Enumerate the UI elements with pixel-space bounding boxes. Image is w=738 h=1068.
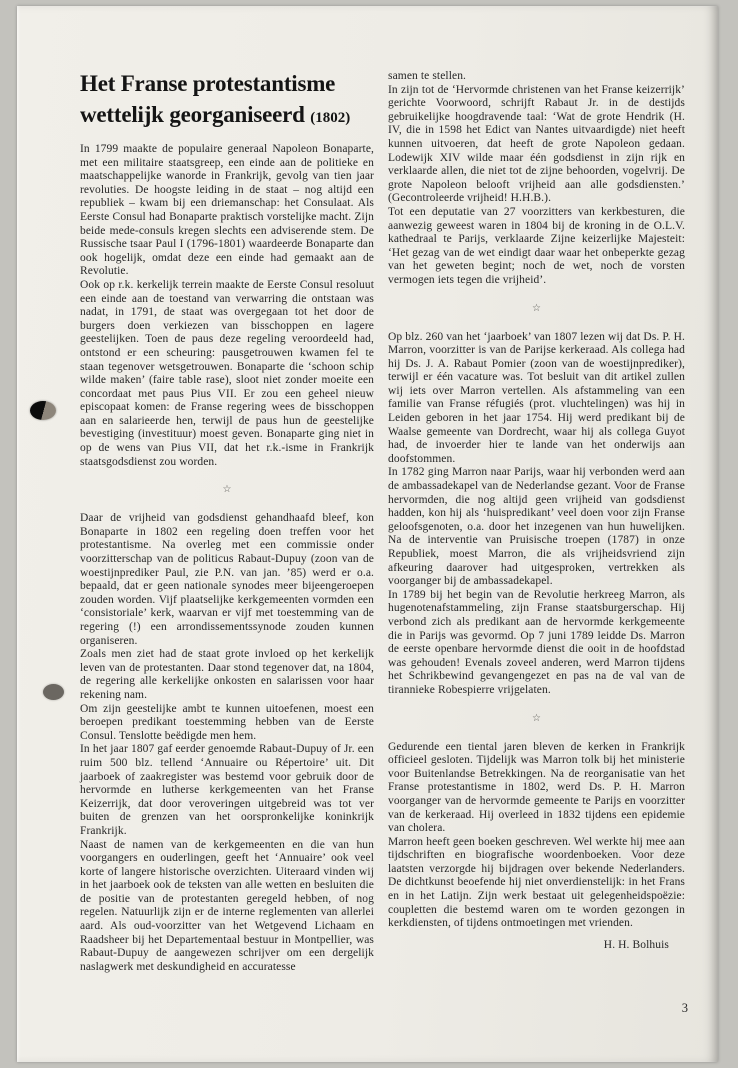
- article-title: Het Franse protestantisme wettelijk geor…: [80, 68, 374, 134]
- paragraph: samen te stellen.: [388, 70, 685, 84]
- title-line-2: wettelijk georganiseerd: [80, 102, 305, 127]
- paragraph: Ook op r.k. kerkelijk terrein maakte de …: [80, 279, 374, 469]
- section-divider-star-icon: ☆: [80, 479, 374, 502]
- paragraph: In het jaar 1807 gaf eerder genoemde Rab…: [80, 743, 374, 838]
- title-line-1: Het Franse protestantisme: [80, 71, 335, 96]
- paragraph: Naast de namen van de kerkgemeenten en d…: [80, 839, 374, 975]
- title-year: (1802): [310, 110, 350, 126]
- section-divider-star-icon: ☆: [388, 298, 685, 321]
- paragraph: In 1799 maakte de populaire generaal Nap…: [80, 143, 374, 279]
- punch-hole-top: [30, 401, 56, 420]
- paragraph: In 1782 ging Marron naar Parijs, waar hi…: [388, 466, 685, 588]
- paragraph: Daar de vrijheid van godsdienst gehandha…: [80, 512, 374, 648]
- left-column: Het Franse protestantisme wettelijk geor…: [80, 68, 374, 974]
- right-column: samen te stellen.In zijn tot de ‘Hervorm…: [388, 70, 685, 952]
- paragraph: In zijn tot de ‘Hervormde christenen van…: [388, 84, 685, 206]
- document-page: Het Franse protestantisme wettelijk geor…: [17, 6, 718, 1062]
- author-signature: H. H. Bolhuis: [388, 939, 685, 953]
- paragraph: Tot een deputatie van 27 voorzitters van…: [388, 206, 685, 288]
- punch-hole-bottom: [43, 684, 64, 700]
- paragraph: Marron heeft geen boeken geschreven. Wel…: [388, 836, 685, 931]
- paragraph: Op blz. 260 van het ‘jaarboek’ van 1807 …: [388, 331, 685, 467]
- right-column-text: samen te stellen.In zijn tot de ‘Hervorm…: [388, 70, 685, 931]
- paragraph: Zoals men ziet had de staat grote invloe…: [80, 648, 374, 702]
- paragraph: Om zijn geestelijke ambt te kunnen uitoe…: [80, 703, 374, 744]
- paragraph: In 1789 bij het begin van de Revolutie h…: [388, 589, 685, 698]
- scanned-page-background: Het Franse protestantisme wettelijk geor…: [0, 0, 738, 1068]
- page-number: 3: [682, 1001, 688, 1016]
- section-divider-star-icon: ☆: [388, 708, 685, 731]
- paragraph: Gedurende een tiental jaren bleven de ke…: [388, 741, 685, 836]
- left-column-text: In 1799 maakte de populaire generaal Nap…: [80, 143, 374, 974]
